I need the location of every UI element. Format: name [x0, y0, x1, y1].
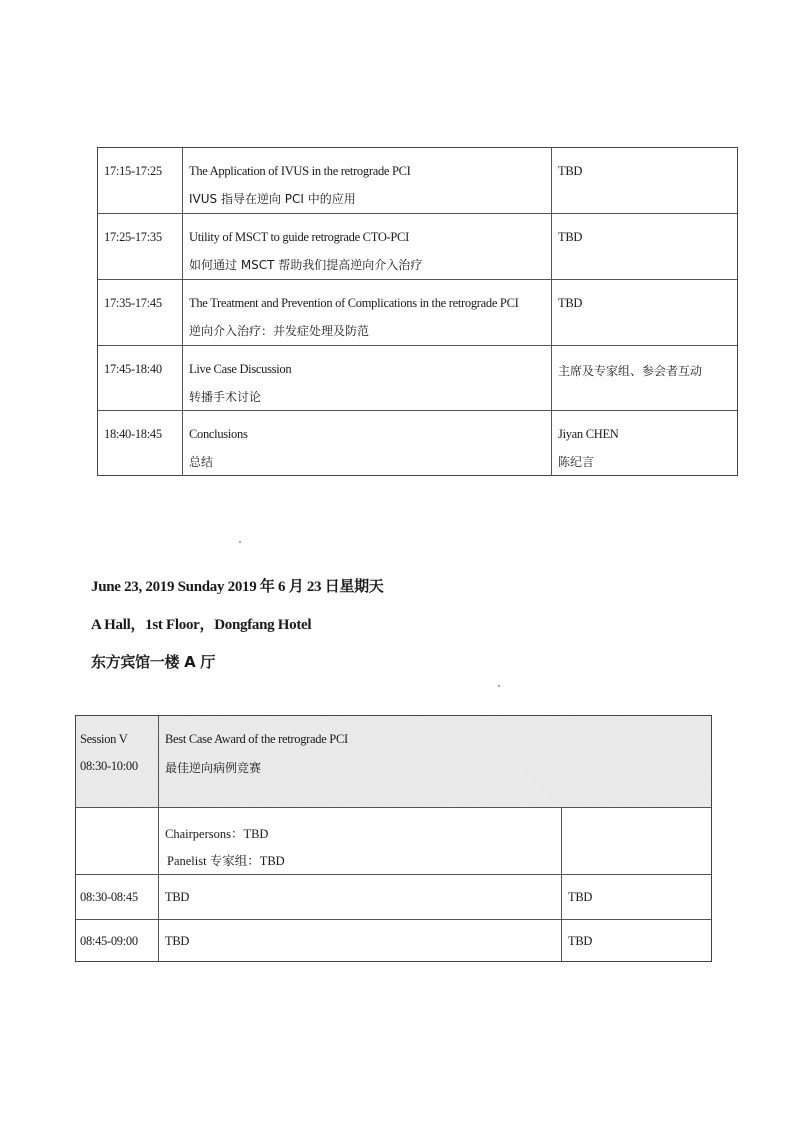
speaker-text: TBD [558, 164, 582, 179]
table-row: 08:45-09:00 TBD TBD [76, 920, 711, 962]
speaker-text: Jiyan CHEN [558, 427, 619, 442]
session-title-en: Best Case Award of the retrograde PCI [165, 732, 348, 747]
speaker-cell: TBD [562, 875, 711, 919]
topic-zh: 逆向介入治疗：并发症处理及防范 [189, 322, 369, 339]
topic-en: Live Case Discussion [189, 362, 291, 377]
time-text: 08:45-09:00 [80, 934, 138, 949]
topic-cell: TBD [159, 920, 562, 962]
speaker-text: TBD [568, 890, 592, 905]
time-cell: 17:45-18:40 [98, 346, 183, 410]
topic-en: The Treatment and Prevention of Complica… [189, 296, 519, 311]
time-cell: 08:45-09:00 [76, 920, 159, 962]
topic-zh: 转播手术讨论 [189, 388, 261, 405]
session-time: 08:30-10:00 [80, 759, 138, 774]
topic-zh: 总结 [189, 453, 213, 470]
topic-cell: Conclusions 总结 [183, 411, 552, 476]
topic-text: TBD [165, 890, 189, 905]
topic-cell: Live Case Discussion 转播手术讨论 [183, 346, 552, 410]
chairs-row: Chairpersons：TBD Panelist 专家组：TBD [76, 808, 711, 875]
time-text: 17:35-17:45 [104, 296, 162, 311]
time-cell: 18:40-18:45 [98, 411, 183, 476]
time-text: 18:40-18:45 [104, 427, 162, 442]
chairs-cell: Chairpersons：TBD Panelist 专家组：TBD [159, 808, 562, 874]
topic-en: The Application of IVUS in the retrograd… [189, 164, 411, 179]
topic-cell: Utility of MSCT to guide retrograde CTO-… [183, 214, 552, 279]
time-text: 17:45-18:40 [104, 362, 162, 377]
time-cell: 17:25-17:35 [98, 214, 183, 279]
session-title-cell: Best Case Award of the retrograde PCI 最佳… [159, 716, 711, 807]
schedule-table-afternoon: 17:15-17:25 The Application of IVUS in t… [97, 147, 738, 476]
topic-en: Utility of MSCT to guide retrograde CTO-… [189, 230, 409, 245]
session-header-row: Session V 08:30-10:00 Best Case Award of… [76, 716, 711, 808]
speaker-cell: TBD [552, 214, 737, 279]
topic-cell: The Application of IVUS in the retrograd… [183, 148, 552, 213]
schedule-table-session-v: Session V 08:30-10:00 Best Case Award of… [75, 715, 712, 962]
time-cell: 17:35-17:45 [98, 280, 183, 345]
panelist-text: Panelist 专家组：TBD [167, 851, 285, 869]
table-row: 18:40-18:45 Conclusions 总结 Jiyan CHEN 陈纪… [98, 411, 737, 476]
speaker-text: TBD [558, 230, 582, 245]
session-info-cell: Session V 08:30-10:00 [76, 716, 159, 807]
session-title-zh: 最佳逆向病例竞赛 [165, 759, 261, 776]
venue-heading-en: A Hall，1st Floor，Dongfang Hotel [91, 613, 311, 634]
topic-zh: 如何通过 MSCT 帮助我们提高逆向介入治疗 [189, 256, 422, 273]
scan-speck [239, 541, 241, 543]
table-row: 08:30-08:45 TBD TBD [76, 875, 711, 920]
topic-en: Conclusions [189, 427, 248, 442]
topic-zh: IVUS 指导在逆向 PCI 中的应用 [189, 190, 356, 207]
table-row: 17:45-18:40 Live Case Discussion 转播手术讨论 … [98, 346, 737, 411]
speaker-zh-text: 陈纪言 [558, 453, 594, 470]
table-row: 17:15-17:25 The Application of IVUS in t… [98, 148, 737, 214]
date-heading: June 23, 2019 Sunday 2019 年 6 月 23 日星期天 [91, 575, 384, 596]
session-name: Session V [80, 732, 127, 747]
speaker-text: TBD [558, 296, 582, 311]
table-row: 17:35-17:45 The Treatment and Prevention… [98, 280, 737, 346]
speaker-cell: Jiyan CHEN 陈纪言 [552, 411, 737, 476]
scan-speck [498, 685, 500, 687]
time-cell: 17:15-17:25 [98, 148, 183, 213]
speaker-text: 主席及专家组、参会者互动 [558, 362, 702, 379]
speaker-text: TBD [568, 934, 592, 949]
topic-text: TBD [165, 934, 189, 949]
time-text: 08:30-08:45 [80, 890, 138, 905]
empty-speaker-cell [562, 808, 711, 874]
time-text: 17:25-17:35 [104, 230, 162, 245]
empty-time-cell [76, 808, 159, 874]
speaker-cell: 主席及专家组、参会者互动 [552, 346, 737, 410]
speaker-cell: TBD [562, 920, 711, 962]
speaker-cell: TBD [552, 148, 737, 213]
table-row: 17:25-17:35 Utility of MSCT to guide ret… [98, 214, 737, 280]
time-text: 17:15-17:25 [104, 164, 162, 179]
time-cell: 08:30-08:45 [76, 875, 159, 919]
chairpersons-text: Chairpersons：TBD [165, 824, 268, 842]
speaker-cell: TBD [552, 280, 737, 345]
venue-heading-zh: 东方宾馆一楼 A 厅 [91, 651, 215, 672]
topic-cell: TBD [159, 875, 562, 919]
topic-cell: The Treatment and Prevention of Complica… [183, 280, 552, 345]
